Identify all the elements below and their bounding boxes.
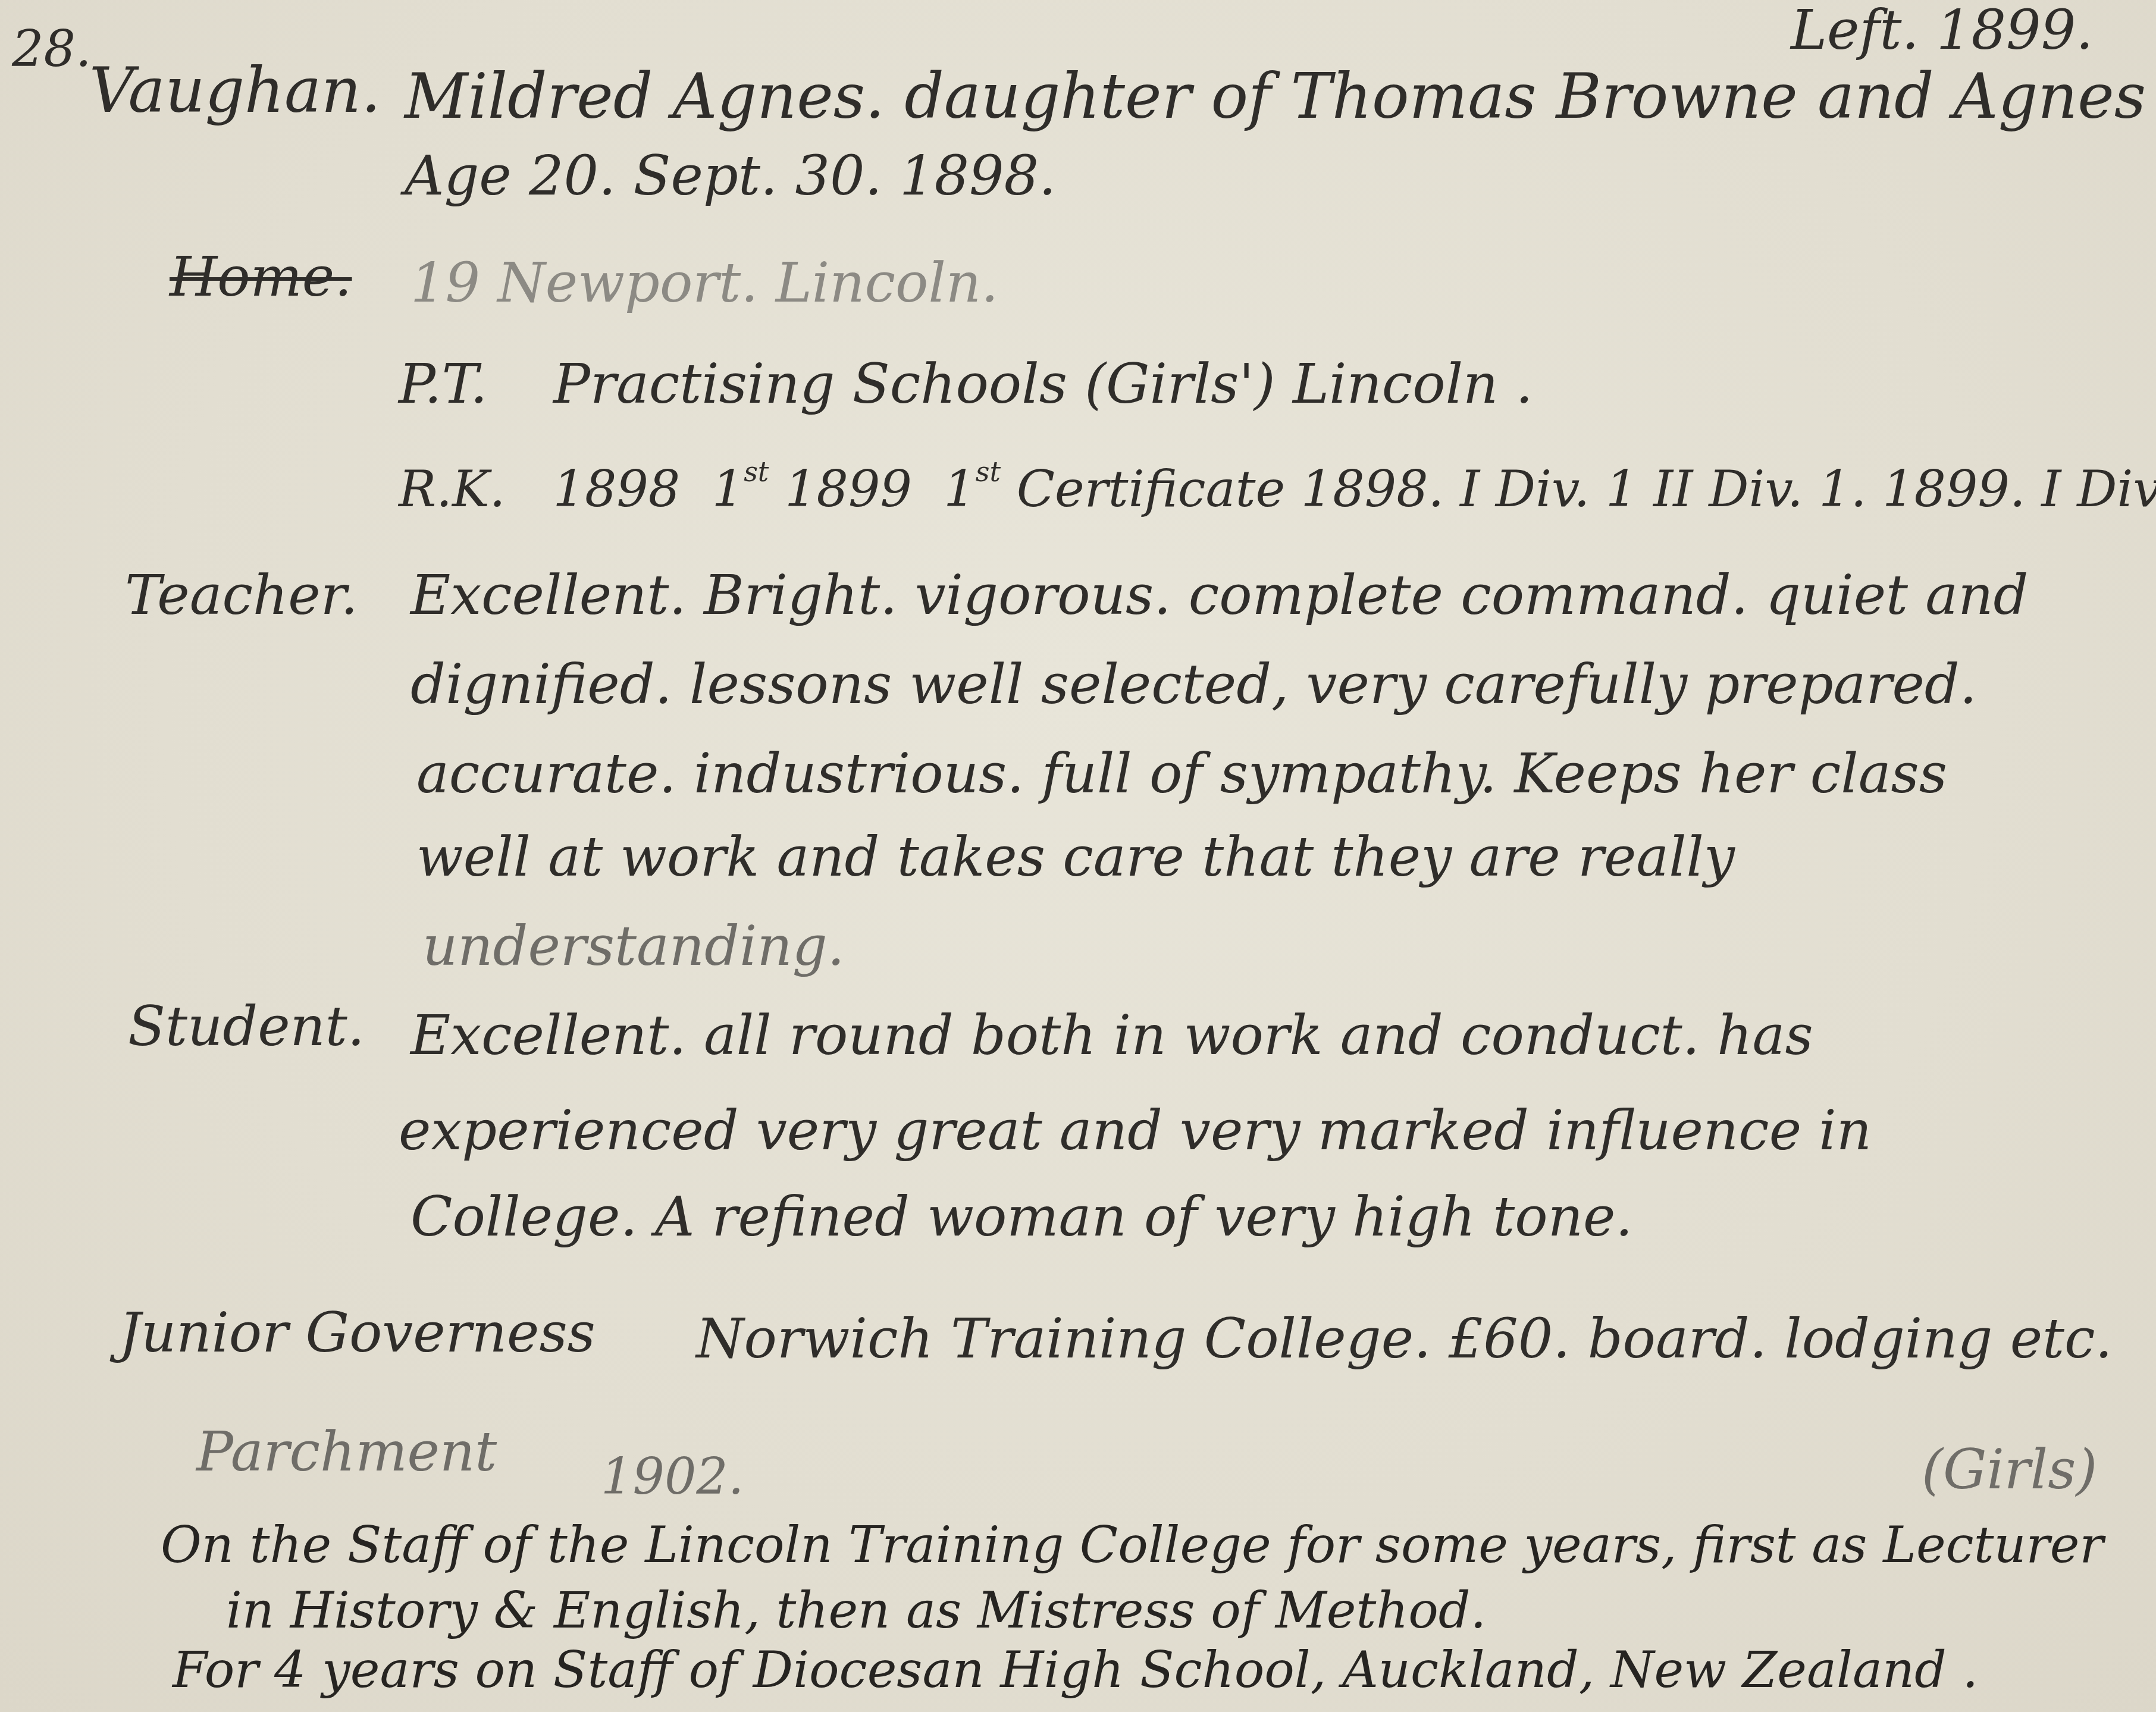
teacher-line-2: dignified. lessons well selected, very c…: [410, 657, 1977, 712]
rk-1898-place: 1: [712, 460, 744, 518]
parchment-note: (Girls): [1922, 1443, 2097, 1497]
rk-1898: 1898: [553, 460, 681, 518]
entry-number: 28.: [12, 24, 92, 74]
left-date: Left. 1899.: [1791, 3, 2093, 58]
teacher-line-4: well at work and takes care that they ar…: [416, 830, 1735, 885]
appointment-title: Junior Governess: [119, 1306, 596, 1360]
student-line-2: experienced very great and very marked i…: [399, 1103, 1872, 1158]
surname: Vaughan.: [89, 59, 381, 121]
rk-label: R.K.: [399, 460, 505, 518]
teacher-line-1: Excellent. Bright. vigorous. complete co…: [410, 568, 2028, 623]
home-address: 19 Newport. Lincoln.: [410, 256, 998, 311]
given-names-parents: Mildred Agnes. daughter of Thomas Browne…: [405, 65, 2156, 127]
pt-label: P.T.: [399, 357, 488, 412]
appointment-details: Norwich Training College. £60. board. lo…: [696, 1312, 2113, 1366]
rk-1899: 1899: [785, 460, 912, 518]
age-and-entry-date: Age 20. Sept. 30. 1898.: [405, 149, 1056, 203]
later-note-2: in History & English, then as Mistress o…: [226, 1585, 1486, 1635]
pt-school: Practising Schools (Girls') Lincoln .: [553, 357, 1533, 412]
student-line-3: College. A refined woman of very high to…: [410, 1190, 1633, 1244]
rk-1899-sup: st: [976, 456, 1001, 488]
rk-1899-place: 1: [944, 460, 975, 518]
teacher-line-3: accurate. industrious. full of sympathy.…: [416, 747, 1947, 801]
parchment-year: 1902.: [601, 1451, 744, 1501]
home-label: Home.: [170, 250, 352, 305]
certificate-results: Certificate 1898. I Div. 1 II Div. 1. 18…: [1017, 460, 2156, 518]
student-line-1: Excellent. all round both in work and co…: [410, 1008, 1813, 1063]
later-note-3: For 4 years on Staff of Diocesan High Sc…: [173, 1645, 1978, 1695]
register-page: 28. Left. 1899. Vaughan. Mildred Agnes. …: [0, 0, 2156, 1712]
parchment-label: Parchment: [196, 1425, 497, 1479]
exams-line: R.K. 1898 1st 1899 1st Certificate 1898.…: [399, 458, 2156, 514]
teacher-label: Teacher.: [125, 568, 358, 623]
teacher-line-5: understanding.: [422, 919, 845, 974]
rk-1898-sup: st: [744, 456, 769, 488]
later-note-1: On the Staff of the Lincoln Training Col…: [161, 1520, 2104, 1570]
student-label: Student.: [128, 999, 365, 1054]
